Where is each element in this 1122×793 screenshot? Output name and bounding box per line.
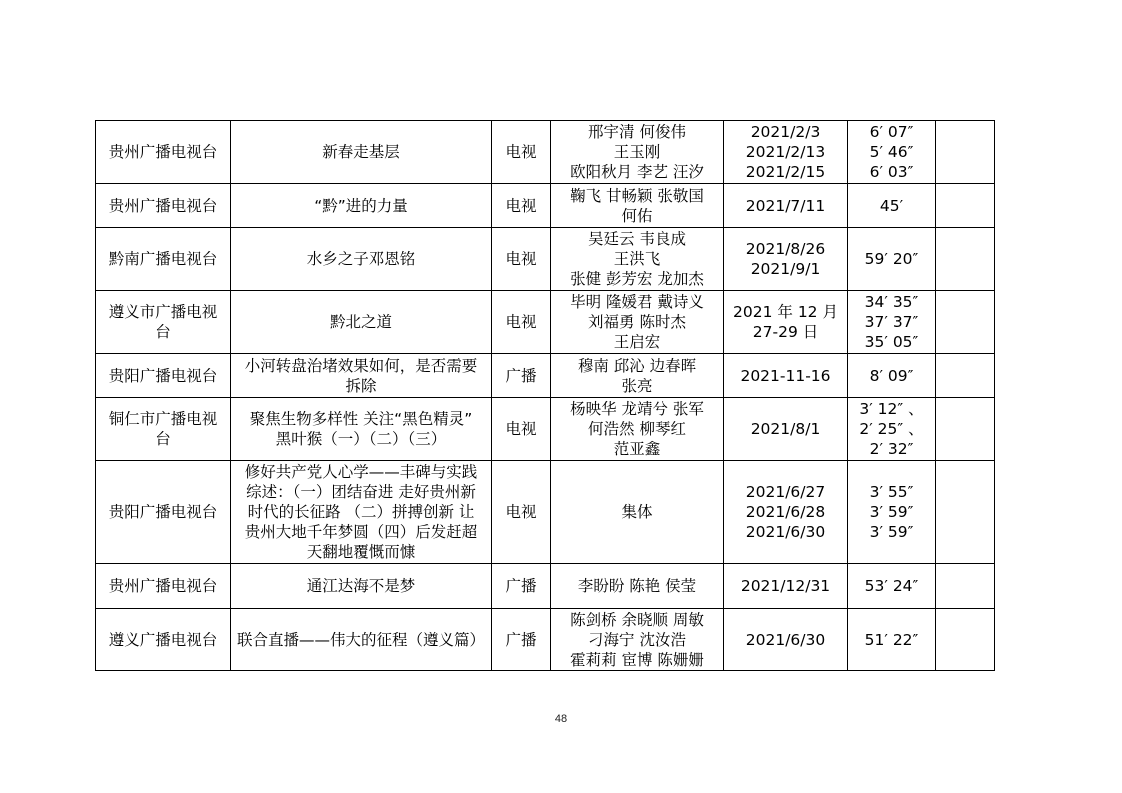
cell-duration-line: 2′ 32″	[850, 439, 933, 459]
cell-creators-line: 集体	[553, 502, 721, 522]
cell-duration-line: 6′ 03″	[850, 162, 933, 182]
cell-note	[936, 121, 995, 184]
cell-duration-line: 34′ 35″	[850, 292, 933, 312]
cell-duration-line: 6′ 07″	[850, 122, 933, 142]
cell-duration: 3′ 55″3′ 59″3′ 59″	[848, 461, 936, 564]
cell-organization-line: 遵义广播电视台	[98, 630, 228, 650]
cell-media-type: 电视	[492, 291, 551, 354]
cell-duration-line: 59′ 20″	[850, 249, 933, 269]
cell-air-date-line: 2021/9/1	[726, 259, 845, 279]
cell-duration: 34′ 35″37′ 37″35′ 05″	[848, 291, 936, 354]
cell-creators-line: 何佑	[553, 206, 721, 226]
cell-air-date-line: 2021/8/26	[726, 239, 845, 259]
cell-creators-line: 张亮	[553, 376, 721, 396]
cell-creators-line: 王玉刚	[553, 142, 721, 162]
cell-program-title-line: 水乡之子邓恩铭	[233, 249, 489, 269]
cell-creators-line: 范亚鑫	[553, 439, 721, 459]
cell-program-title: “黔”进的力量	[231, 184, 492, 228]
cell-duration: 8′ 09″	[848, 354, 936, 398]
cell-media-type: 广播	[492, 564, 551, 609]
cell-creators-line: 毕明 隆媛君 戴诗义	[553, 292, 721, 312]
cell-program-title: 联合直播——伟大的征程（遵义篇）	[231, 609, 492, 671]
cell-media-type: 广播	[492, 354, 551, 398]
cell-creators-line: 邢宇清 何俊伟	[553, 122, 721, 142]
cell-program-title-line: “黔”进的力量	[233, 196, 489, 216]
cell-organization-line: 台	[98, 322, 228, 342]
cell-media-type: 电视	[492, 461, 551, 564]
cell-program-title-line: 联合直播——伟大的征程（遵义篇）	[233, 630, 489, 650]
cell-organization-line: 遵义市广播电视	[98, 302, 228, 322]
cell-creators: 杨映华 龙靖兮 张军何浩然 柳琴红范亚鑫	[551, 398, 724, 461]
cell-air-date-line: 2021/12/31	[726, 576, 845, 596]
cell-program-title-line: 拆除	[233, 376, 489, 396]
cell-air-date: 2021 年 12 月27-29 日	[724, 291, 848, 354]
cell-duration-line: 37′ 37″	[850, 312, 933, 332]
table-row: 贵阳广播电视台小河转盘治堵效果如何，是否需要拆除广播穆南 邱沁 边春晖张亮202…	[96, 354, 995, 398]
cell-organization: 黔南广播电视台	[96, 228, 231, 291]
awards-table: 贵州广播电视台新春走基层电视邢宇清 何俊伟王玉刚欧阳秋月 李艺 汪汐2021/2…	[95, 120, 995, 671]
cell-note	[936, 398, 995, 461]
cell-note	[936, 609, 995, 671]
cell-duration-line: 8′ 09″	[850, 366, 933, 386]
cell-organization: 遵义市广播电视台	[96, 291, 231, 354]
cell-air-date: 2021/8/262021/9/1	[724, 228, 848, 291]
cell-program-title-line: 综述：（一）团结奋进 走好贵州新	[233, 482, 489, 502]
cell-air-date-line: 2021/8/1	[726, 419, 845, 439]
cell-creators: 集体	[551, 461, 724, 564]
cell-media-type: 广播	[492, 609, 551, 671]
document-page: 贵州广播电视台新春走基层电视邢宇清 何俊伟王玉刚欧阳秋月 李艺 汪汐2021/2…	[0, 0, 1122, 793]
cell-organization: 铜仁市广播电视台	[96, 398, 231, 461]
cell-air-date-line: 2021/6/28	[726, 502, 845, 522]
cell-creators-line: 杨映华 龙靖兮 张军	[553, 399, 721, 419]
cell-program-title-line: 修好共产党人心学——丰碑与实践	[233, 462, 489, 482]
cell-organization-line: 贵阳广播电视台	[98, 366, 228, 386]
table-row: 贵州广播电视台“黔”进的力量电视鞠飞 甘畅颖 张敬国何佑2021/7/1145′	[96, 184, 995, 228]
cell-air-date-line: 2021/2/13	[726, 142, 845, 162]
cell-organization: 贵阳广播电视台	[96, 461, 231, 564]
cell-duration-line: 35′ 05″	[850, 332, 933, 352]
cell-air-date-line: 27-29 日	[726, 322, 845, 342]
cell-air-date: 2021/6/30	[724, 609, 848, 671]
cell-air-date-line: 2021/2/15	[726, 162, 845, 182]
cell-program-title-line: 天翻地覆慨而慷	[233, 542, 489, 562]
cell-air-date: 2021/2/32021/2/132021/2/15	[724, 121, 848, 184]
cell-air-date: 2021/7/11	[724, 184, 848, 228]
page-number: 48	[0, 713, 1122, 725]
cell-air-date: 2021/6/272021/6/282021/6/30	[724, 461, 848, 564]
cell-creators-line: 穆南 邱沁 边春晖	[553, 356, 721, 376]
cell-program-title-line: 黑叶猴（一）（二）（三）	[233, 429, 489, 449]
cell-organization: 遵义广播电视台	[96, 609, 231, 671]
cell-air-date: 2021/12/31	[724, 564, 848, 609]
cell-creators-line: 刁海宁 沈汝浩	[553, 630, 721, 650]
cell-air-date-line: 2021/6/27	[726, 482, 845, 502]
cell-program-title: 水乡之子邓恩铭	[231, 228, 492, 291]
cell-media-type: 电视	[492, 228, 551, 291]
cell-air-date: 2021/8/1	[724, 398, 848, 461]
cell-program-title: 小河转盘治堵效果如何，是否需要拆除	[231, 354, 492, 398]
table-row: 遵义市广播电视台黔北之道电视毕明 隆媛君 戴诗义刘福勇 陈时杰王启宏2021 年…	[96, 291, 995, 354]
table-row: 贵州广播电视台通江达海不是梦广播李盼盼 陈艳 侯莹2021/12/3153′ 2…	[96, 564, 995, 609]
cell-creators-line: 欧阳秋月 李艺 汪汐	[553, 162, 721, 182]
cell-creators-line: 霍莉莉 宦博 陈姗姗	[553, 650, 721, 670]
cell-note	[936, 184, 995, 228]
cell-organization: 贵州广播电视台	[96, 564, 231, 609]
cell-program-title-line: 通江达海不是梦	[233, 576, 489, 596]
cell-organization-line: 贵州广播电视台	[98, 196, 228, 216]
cell-creators: 邢宇清 何俊伟王玉刚欧阳秋月 李艺 汪汐	[551, 121, 724, 184]
cell-air-date-line: 2021 年 12 月	[726, 302, 845, 322]
cell-creators-line: 何浩然 柳琴红	[553, 419, 721, 439]
cell-organization-line: 黔南广播电视台	[98, 249, 228, 269]
cell-program-title: 通江达海不是梦	[231, 564, 492, 609]
cell-note	[936, 291, 995, 354]
cell-program-title-line: 聚焦生物多样性 关注“黑色精灵”	[233, 409, 489, 429]
cell-creators: 陈剑桥 余晓顺 周敏刁海宁 沈汝浩霍莉莉 宦博 陈姗姗	[551, 609, 724, 671]
cell-note	[936, 354, 995, 398]
cell-duration: 59′ 20″	[848, 228, 936, 291]
cell-duration: 53′ 24″	[848, 564, 936, 609]
cell-creators-line: 张健 彭芳宏 龙加杰	[553, 269, 721, 289]
table-row: 遵义广播电视台联合直播——伟大的征程（遵义篇）广播陈剑桥 余晓顺 周敏刁海宁 沈…	[96, 609, 995, 671]
cell-creators: 吴廷云 韦良成王洪飞张健 彭芳宏 龙加杰	[551, 228, 724, 291]
table-row: 贵州广播电视台新春走基层电视邢宇清 何俊伟王玉刚欧阳秋月 李艺 汪汐2021/2…	[96, 121, 995, 184]
cell-duration-line: 3′ 59″	[850, 522, 933, 542]
cell-creators-line: 王洪飞	[553, 249, 721, 269]
cell-creators: 穆南 邱沁 边春晖张亮	[551, 354, 724, 398]
cell-creators-line: 刘福勇 陈时杰	[553, 312, 721, 332]
cell-note	[936, 564, 995, 609]
cell-media-type: 电视	[492, 121, 551, 184]
cell-program-title: 聚焦生物多样性 关注“黑色精灵”黑叶猴（一）（二）（三）	[231, 398, 492, 461]
table-row: 铜仁市广播电视台聚焦生物多样性 关注“黑色精灵”黑叶猴（一）（二）（三）电视杨映…	[96, 398, 995, 461]
cell-creators-line: 李盼盼 陈艳 侯莹	[553, 576, 721, 596]
cell-creators-line: 陈剑桥 余晓顺 周敏	[553, 610, 721, 630]
cell-program-title: 修好共产党人心学——丰碑与实践综述：（一）团结奋进 走好贵州新时代的长征路 （二…	[231, 461, 492, 564]
cell-media-type: 电视	[492, 184, 551, 228]
table-row: 黔南广播电视台水乡之子邓恩铭电视吴廷云 韦良成王洪飞张健 彭芳宏 龙加杰2021…	[96, 228, 995, 291]
cell-air-date-line: 2021/6/30	[726, 522, 845, 542]
cell-air-date: 2021-11-16	[724, 354, 848, 398]
cell-note	[936, 461, 995, 564]
cell-program-title-line: 时代的长征路 （二）拼搏创新 让	[233, 502, 489, 522]
cell-creators-line: 王启宏	[553, 332, 721, 352]
cell-duration: 51′ 22″	[848, 609, 936, 671]
cell-duration-line: 3′ 12″ 、	[850, 399, 933, 419]
cell-duration-line: 53′ 24″	[850, 576, 933, 596]
cell-creators-line: 鞠飞 甘畅颖 张敬国	[553, 186, 721, 206]
cell-organization-line: 贵州广播电视台	[98, 142, 228, 162]
cell-duration: 3′ 12″ 、2′ 25″ 、2′ 32″	[848, 398, 936, 461]
cell-program-title-line: 新春走基层	[233, 142, 489, 162]
cell-program-title: 黔北之道	[231, 291, 492, 354]
cell-duration-line: 51′ 22″	[850, 630, 933, 650]
cell-air-date-line: 2021/7/11	[726, 196, 845, 216]
cell-creators: 毕明 隆媛君 戴诗义刘福勇 陈时杰王启宏	[551, 291, 724, 354]
cell-air-date-line: 2021-11-16	[726, 366, 845, 386]
cell-duration-line: 3′ 59″	[850, 502, 933, 522]
cell-organization-line: 贵阳广播电视台	[98, 502, 228, 522]
cell-air-date-line: 2021/2/3	[726, 122, 845, 142]
awards-table-body: 贵州广播电视台新春走基层电视邢宇清 何俊伟王玉刚欧阳秋月 李艺 汪汐2021/2…	[96, 121, 995, 671]
cell-organization: 贵州广播电视台	[96, 184, 231, 228]
cell-duration-line: 5′ 46″	[850, 142, 933, 162]
cell-duration-line: 45′	[850, 196, 933, 216]
cell-creators: 李盼盼 陈艳 侯莹	[551, 564, 724, 609]
cell-organization-line: 铜仁市广播电视	[98, 409, 228, 429]
cell-program-title: 新春走基层	[231, 121, 492, 184]
cell-program-title-line: 黔北之道	[233, 312, 489, 332]
cell-media-type: 电视	[492, 398, 551, 461]
cell-creators-line: 吴廷云 韦良成	[553, 229, 721, 249]
cell-air-date-line: 2021/6/30	[726, 630, 845, 650]
cell-creators: 鞠飞 甘畅颖 张敬国何佑	[551, 184, 724, 228]
cell-note	[936, 228, 995, 291]
cell-organization: 贵阳广播电视台	[96, 354, 231, 398]
cell-duration-line: 3′ 55″	[850, 482, 933, 502]
cell-duration: 45′	[848, 184, 936, 228]
table-row: 贵阳广播电视台修好共产党人心学——丰碑与实践综述：（一）团结奋进 走好贵州新时代…	[96, 461, 995, 564]
cell-program-title-line: 贵州大地千年梦圆（四）后发赶超	[233, 522, 489, 542]
cell-duration: 6′ 07″5′ 46″6′ 03″	[848, 121, 936, 184]
cell-duration-line: 2′ 25″ 、	[850, 419, 933, 439]
cell-organization: 贵州广播电视台	[96, 121, 231, 184]
cell-organization-line: 贵州广播电视台	[98, 576, 228, 596]
cell-program-title-line: 小河转盘治堵效果如何，是否需要	[233, 356, 489, 376]
cell-organization-line: 台	[98, 429, 228, 449]
